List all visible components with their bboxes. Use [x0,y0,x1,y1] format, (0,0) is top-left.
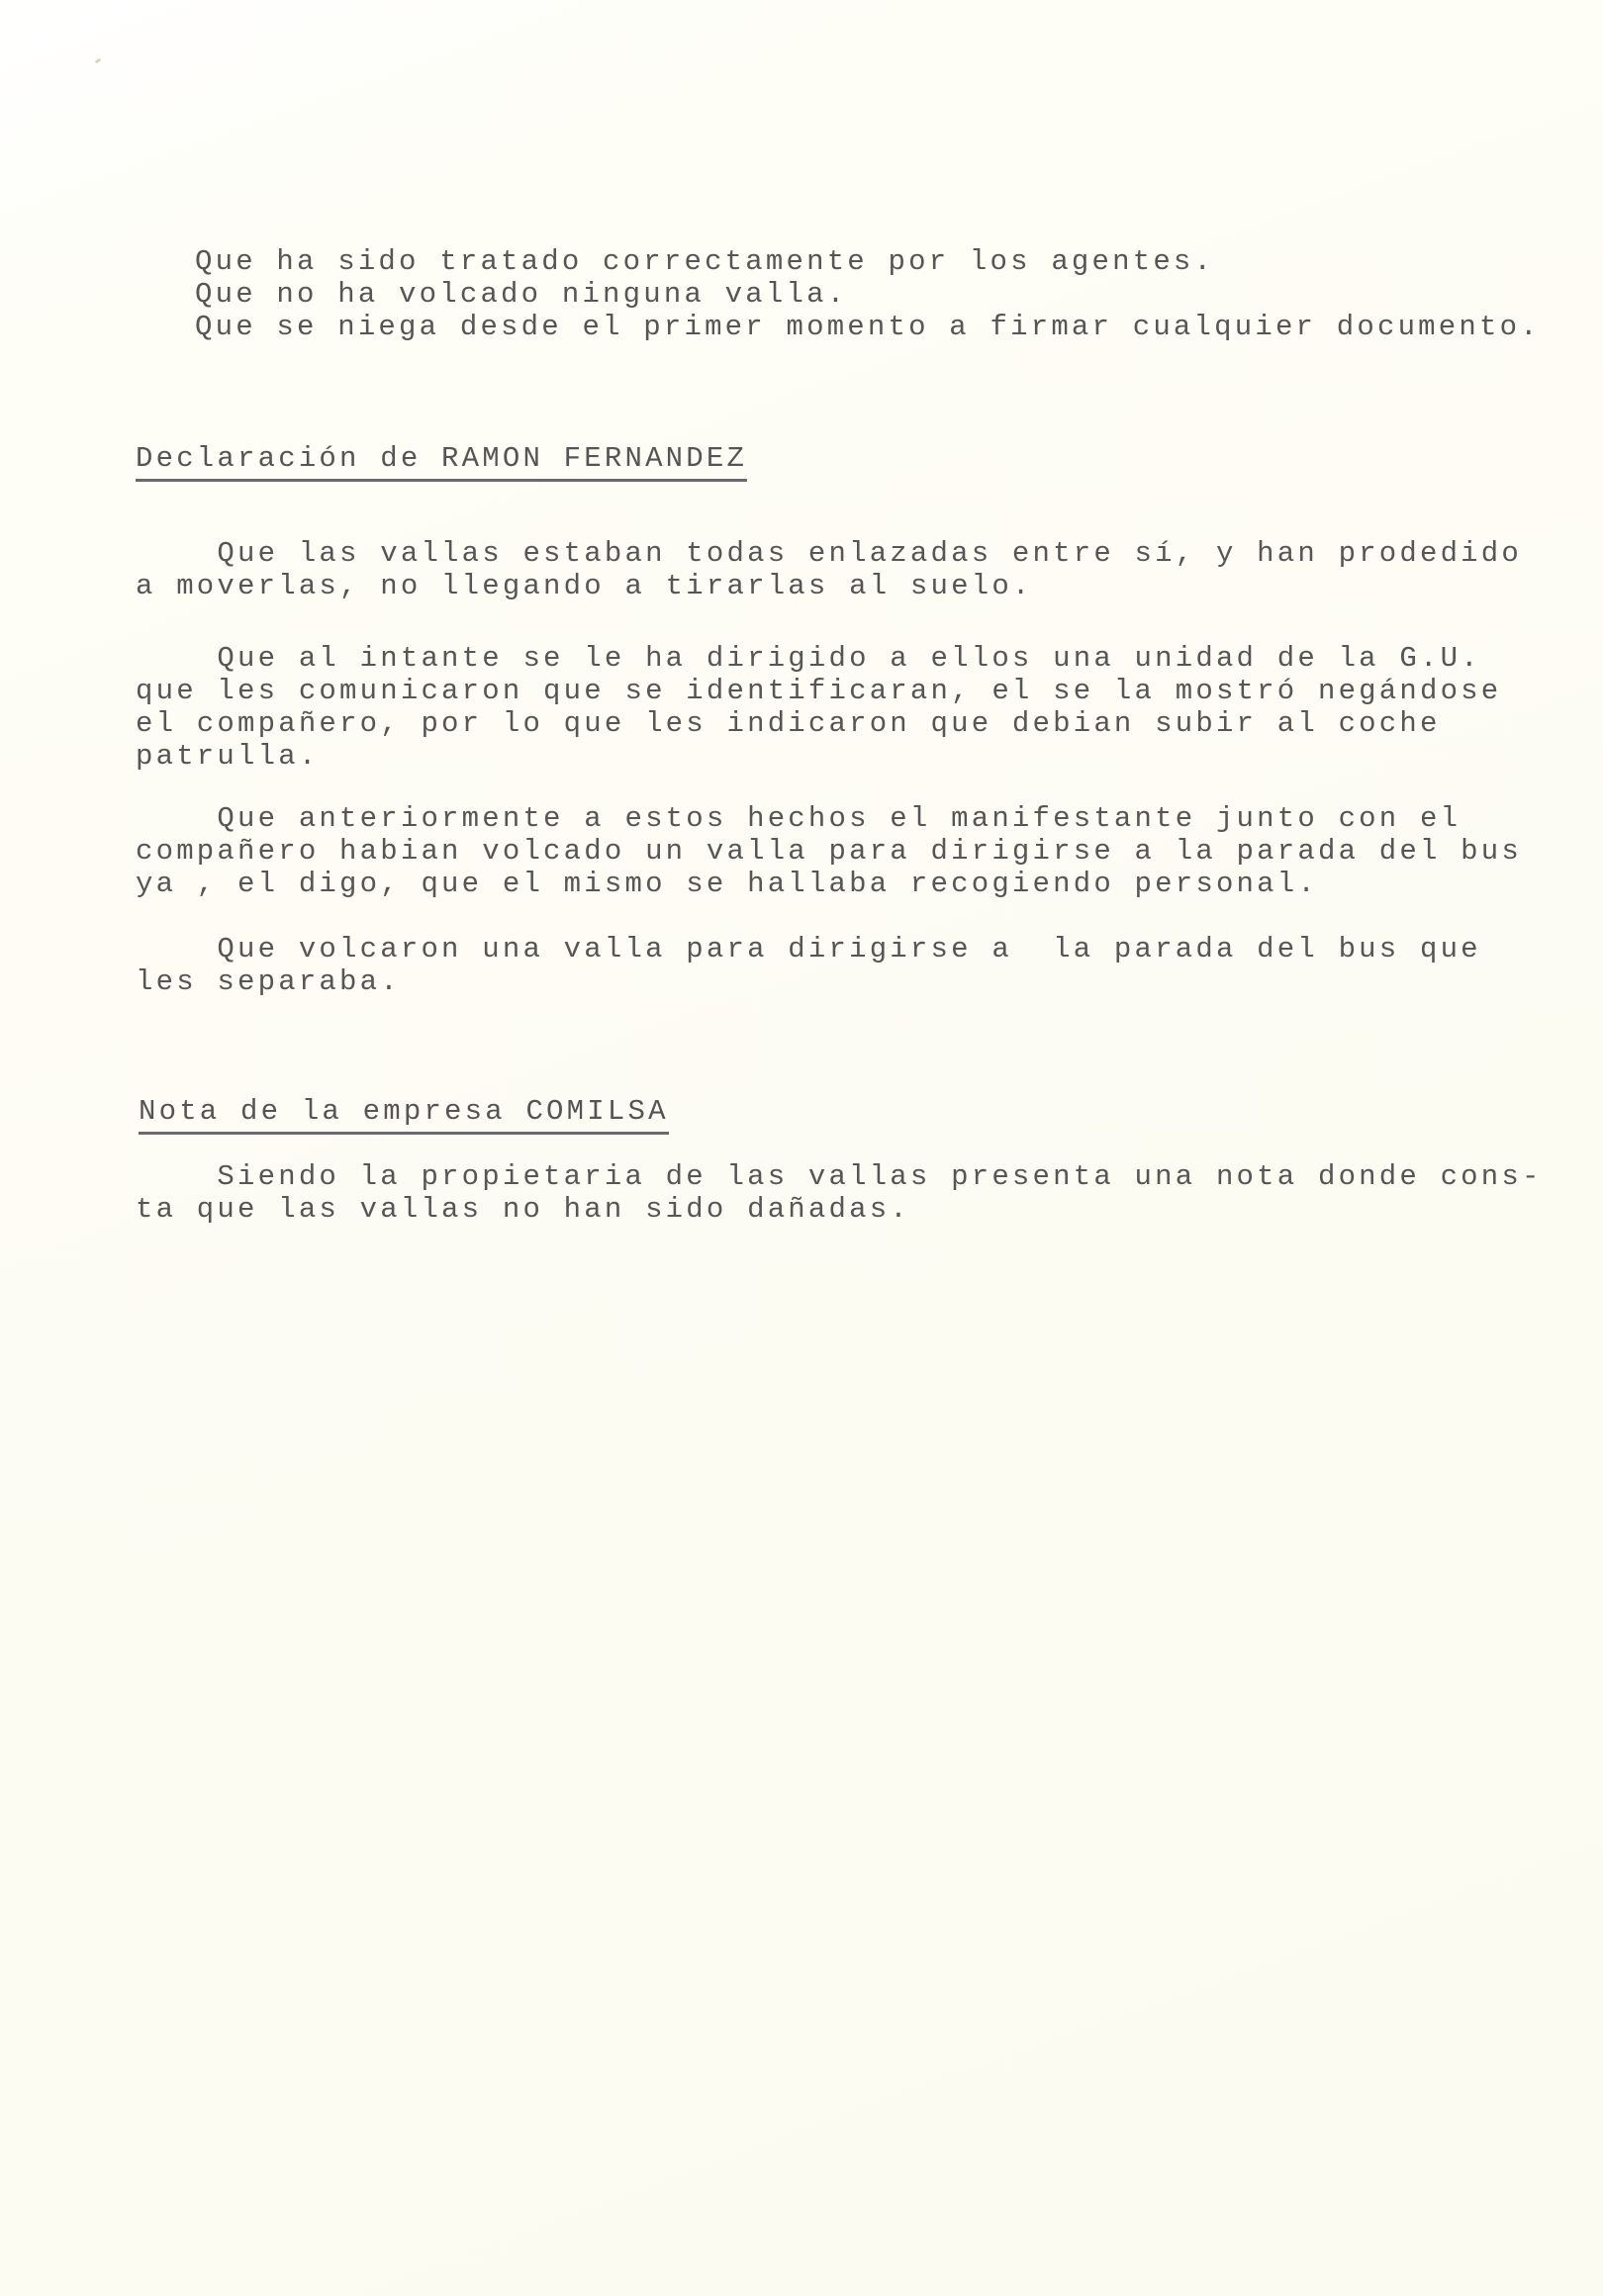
typewritten-page: Que ha sido tratado correctamente por lo… [0,0,1603,2296]
intro-line: Que se niega desde el primer momento a f… [195,313,1541,341]
paragraph-line: les separaba. [136,967,401,996]
paragraph-line: ya , el digo, que el mismo se hallaba re… [136,870,1318,898]
intro-line: Que no ha volcado ninguna valla. [195,280,847,309]
paper-speck [95,58,102,64]
paragraph-line: a moverlas, no llegando a tirarlas al su… [136,572,1033,600]
intro-line: Que ha sido tratado correctamente por lo… [195,247,1214,276]
paragraph-line: Que volcaron una valla para dirigirse a … [136,935,1481,964]
paragraph-line: Que anteriormente a estos hechos el mani… [136,804,1461,833]
paragraph-line: Siendo la propietaria de las vallas pres… [136,1162,1543,1191]
paragraph-line: Que las vallas estaban todas enlazadas e… [136,539,1522,568]
paragraph-line: compañero habian volcado un valla para d… [136,837,1522,866]
section-heading-declaracion: Declaración de RAMON FERNANDEZ [136,444,747,482]
paragraph-line: Que al intante se le ha dirigido a ellos… [136,644,1481,673]
paragraph-line: que les comunicaron que se identificaran… [136,677,1501,705]
paragraph-line: el compañero, por lo que les indicaron q… [136,709,1441,738]
paragraph-line: ta que las vallas no han sido dañadas. [136,1195,910,1224]
paragraph-line: patrulla. [136,742,319,771]
section-heading-nota: Nota de la empresa COMILSA [139,1097,669,1135]
